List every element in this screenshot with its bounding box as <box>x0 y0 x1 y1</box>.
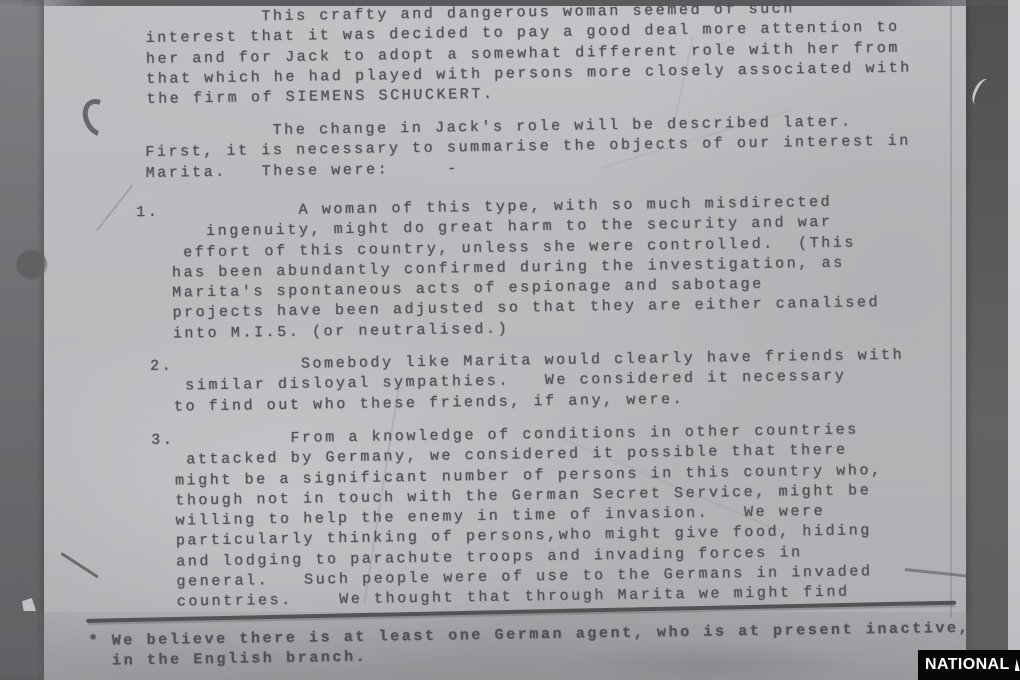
numbered-item-3: 3. From a knowledge of conditions in oth… <box>139 420 884 614</box>
watermark-cutoff-letter <box>1015 659 1020 671</box>
numbered-item-2: 2. Somebody like Marita would clearly ha… <box>138 346 905 418</box>
scanned-document-photo: This crafty and dangerous woman seemed o… <box>0 0 1020 680</box>
paragraph-2: The change in Jack's role will be descri… <box>145 112 912 184</box>
watermark-text: NATIONAL <box>925 656 1010 674</box>
numbered-item-1: 1. A woman of this type, with so much mi… <box>136 192 881 345</box>
paragraph-1: This crafty and dangerous woman seemed o… <box>145 0 912 110</box>
page-content: This crafty and dangerous woman seemed o… <box>0 0 1020 680</box>
watermark-label: NATIONAL <box>918 650 1020 680</box>
footnote: * We believe there is at least one Germa… <box>88 619 970 673</box>
